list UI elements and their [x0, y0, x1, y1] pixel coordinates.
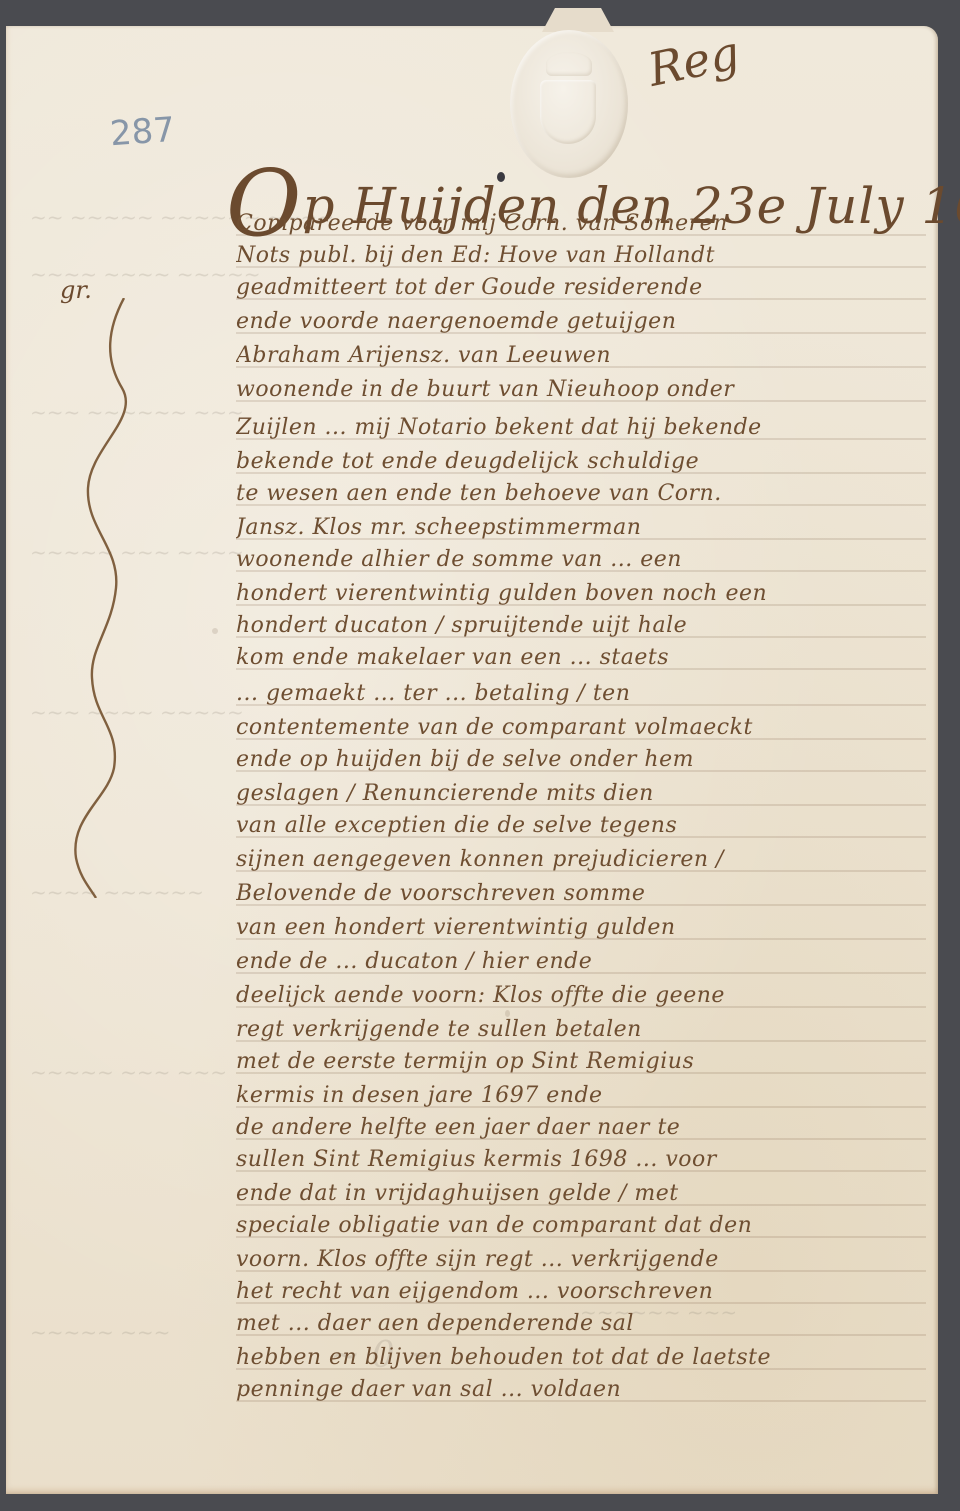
manuscript-line: ende dat in vrijdaghuijsen gelde / met: [236, 1176, 926, 1212]
seal-lion-shield-icon: [540, 80, 596, 144]
manuscript-line: sullen Sint Remigius kermis 1698 ... voo…: [236, 1142, 926, 1178]
manuscript-line: deelijck aende voorn: Klos offte die gee…: [236, 978, 926, 1014]
manuscript-line: van alle exceptien die de selve tegens: [236, 808, 926, 844]
folio-number: 287: [109, 110, 177, 154]
margin-wavy-line: [60, 298, 140, 898]
manuscript-line: ende de ... ducaton / hier ende: [236, 944, 926, 980]
manuscript-line: hondert ducaton / spruijtende uijt hale: [236, 608, 926, 644]
manuscript-line: contentemente van de comparant volmaeckt: [236, 710, 926, 746]
manuscript-line: woonende alhier de somme van ... een: [236, 542, 926, 578]
manuscript-line: hondert vierentwintig gulden boven noch …: [236, 576, 926, 612]
manuscript-line: Zuijlen ... mij Notario bekent dat hij b…: [236, 410, 926, 446]
manuscript-line: woonende in de buurt van Nieuhoop onder: [236, 372, 926, 408]
manuscript-line: kermis in desen jare 1697 ende: [236, 1078, 926, 1114]
manuscript-line: het recht van eijgendom ... voorschreven: [236, 1274, 926, 1310]
manuscript-line: Abraham Arijensz. van Leeuwen: [236, 338, 926, 374]
manuscript-line: met de eerste termijn op Sint Remigius: [236, 1044, 926, 1080]
ink-spot: [212, 628, 218, 634]
manuscript-line: regt verkrijgende te sullen betalen: [236, 1012, 926, 1048]
manuscript-line: penninge daer van sal ... voldaen: [236, 1372, 926, 1408]
manuscript-line: Nots publ. bij den Ed: Hove van Hollandt: [236, 238, 926, 274]
manuscript-line: te wesen aen ende ten behoeve van Corn.: [236, 476, 926, 512]
manuscript-line: van een hondert vierentwintig gulden: [236, 910, 926, 946]
manuscript-line: Compareerde voor mij Corn. van Someren: [236, 206, 926, 242]
manuscript-line: geadmitteert tot der Goude residerende: [236, 270, 926, 306]
manuscript-line: hebben en blijven behouden tot dat de la…: [236, 1340, 926, 1376]
manuscript-line: bekende tot ende deugdelijck schuldige: [236, 444, 926, 480]
manuscript-line: de andere helfte een jaer daer naer te: [236, 1110, 926, 1146]
manuscript-line: Belovende de voorschreven somme: [236, 876, 926, 912]
manuscript-line: ende op huijden bij de selve onder hem: [236, 742, 926, 778]
manuscript-line: voorn. Klos offte sijn regt ... verkrijg…: [236, 1242, 926, 1278]
manuscript-line: ende voorde naergenoemde getuijgen: [236, 304, 926, 340]
seal-tab: [542, 8, 614, 32]
manuscript-line: met ... daer aen dependerende sal: [236, 1306, 926, 1342]
manuscript-line: speciale obligatie van de comparant dat …: [236, 1208, 926, 1244]
manuscript-line: sijnen aengegeven konnen prejudicieren /: [236, 842, 926, 878]
manuscript-line: Jansz. Klos mr. scheepstimmerman: [236, 510, 926, 546]
manuscript-line: kom ende makelaer van een ... staets: [236, 640, 926, 676]
manuscript-line: ... gemaekt ... ter ... betaling / ten: [236, 676, 926, 712]
manuscript-line: geslagen / Renuncierende mits dien: [236, 776, 926, 812]
seal-crown-icon: [546, 52, 592, 76]
